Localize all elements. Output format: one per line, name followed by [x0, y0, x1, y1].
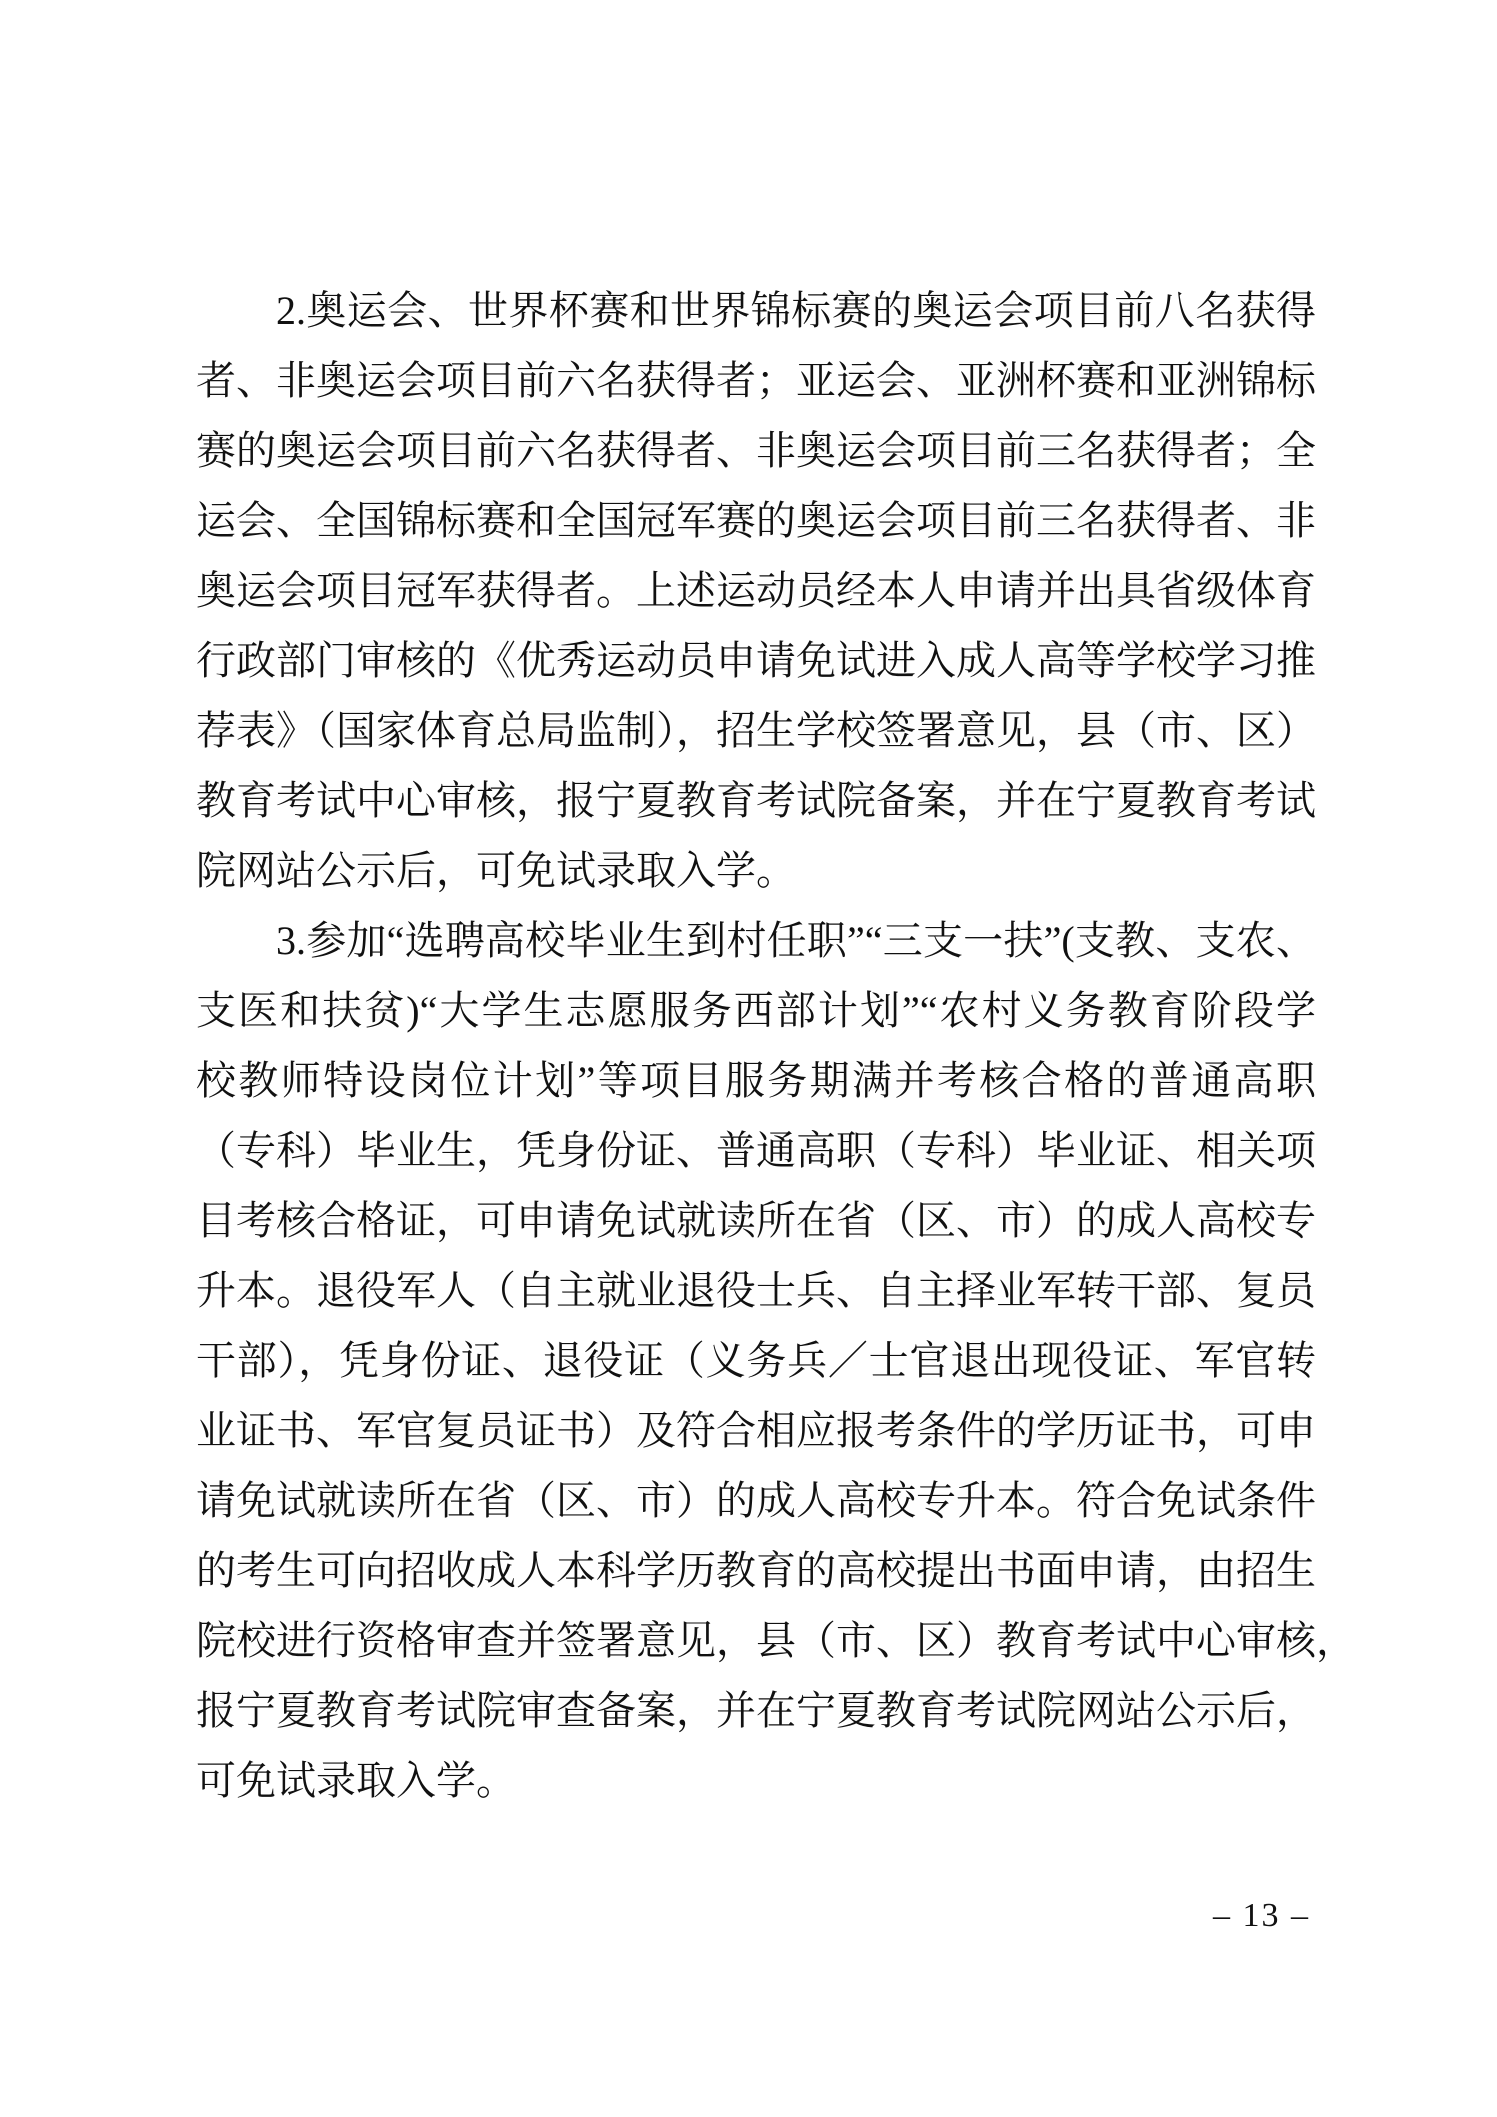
document-text-line: 运会、全国锦标赛和全国冠军赛的奥运会项目前三名获得者、非: [196, 486, 1316, 556]
document-text-line: 干部），凭身份证、退役证（义务兵／士官退出现役证、军官转: [196, 1326, 1316, 1396]
document-text-line: 的考生可向招收成人本科学历教育的高校提出书面申请，由招生: [196, 1536, 1316, 1606]
document-text-line: 支医和扶贫)“大学生志愿服务西部计划”“农村义务教育阶段学: [196, 976, 1316, 1046]
document-text-line: 可免试录取入学。: [196, 1746, 1316, 1816]
document-text-line: 校教师特设岗位计划”等项目服务期满并考核合格的普通高职: [196, 1046, 1316, 1116]
document-text-line: 3.参加“选聘高校毕业生到村任职”“三支一扶”(支教、支农、: [196, 906, 1316, 976]
document-text-line: 目考核合格证，可申请免试就读所在省（区、市）的成人高校专: [196, 1186, 1316, 1256]
document-text-line: 报宁夏教育考试院审查备案，并在宁夏教育考试院网站公示后，: [196, 1676, 1316, 1746]
document-text-line: 奥运会项目冠军获得者。上述运动员经本人申请并出具省级体育: [196, 556, 1316, 626]
document-text-line: 请免试就读所在省（区、市）的成人高校专升本。符合免试条件: [196, 1466, 1316, 1536]
document-text-line: 2.奥运会、世界杯赛和世界锦标赛的奥运会项目前八名获得: [196, 276, 1316, 346]
document-page: 2.奥运会、世界杯赛和世界锦标赛的奥运会项目前八名获得者、非奥运会项目前六名获得…: [0, 0, 1497, 2117]
document-text-line: （专科）毕业生，凭身份证、普通高职（专科）毕业证、相关项: [196, 1116, 1316, 1186]
document-text-line: 者、非奥运会项目前六名获得者；亚运会、亚洲杯赛和亚洲锦标: [196, 346, 1316, 416]
document-text-line: 院网站公示后，可免试录取入学。: [196, 836, 1316, 906]
document-text-line: 业证书、军官复员证书）及符合相应报考条件的学历证书，可申: [196, 1396, 1316, 1466]
document-text-line: 教育考试中心审核，报宁夏教育考试院备案，并在宁夏教育考试: [196, 766, 1316, 836]
document-text-line: 院校进行资格审查并签署意见，县（市、区）教育考试中心审核，: [196, 1606, 1316, 1676]
document-text-line: 升本。退役军人（自主就业退役士兵、自主择业军转干部、复员: [196, 1256, 1316, 1326]
document-text-line: 赛的奥运会项目前六名获得者、非奥运会项目前三名获得者；全: [196, 416, 1316, 486]
page-number: – 13 –: [1213, 1894, 1310, 1938]
document-text-line: 行政部门审核的《优秀运动员申请免试进入成人高等学校学习推: [196, 626, 1316, 696]
text-block: 2.奥运会、世界杯赛和世界锦标赛的奥运会项目前八名获得者、非奥运会项目前六名获得…: [196, 276, 1316, 1816]
document-text-line: 荐表》（国家体育总局监制），招生学校签署意见，县（市、区）: [196, 696, 1316, 766]
